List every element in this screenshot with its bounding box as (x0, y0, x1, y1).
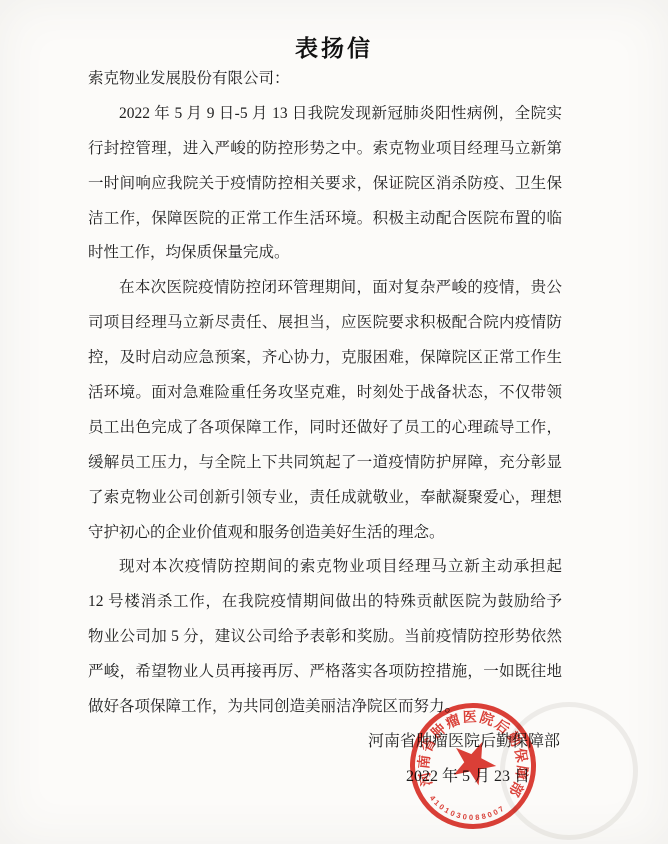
body-line: 员工出色完成了各项保障工作，同时还做好了员工的心理疏导工作， (88, 411, 562, 446)
body-line: 控，及时启动应急预案，齐心协力，克服困难，保障院区正常工作生 (88, 341, 562, 376)
body-line: 司项目经理马立新尽责任、展担当，应医院要求积极配合院内疫情防 (88, 306, 562, 341)
body-line: 一时间响应我院关于疫情防控相关要求，保证院区消杀防疫、卫生保 (88, 167, 562, 202)
letter-title: 表扬信 (0, 30, 668, 63)
scanned-letter-page: 表扬信 索克物业发展股份有限公司： 2022 年 5 月 9 日-5 月 13 … (0, 0, 668, 844)
body-line: 缓解员工压力，与全院上下共同筑起了一道疫情防护屏障，充分彰显 (88, 446, 562, 481)
body-line: 洁工作，保障医院的正常工作生活环境。积极主动配合医院布置的临 (88, 202, 562, 237)
body-line: 时性工作，均保质保量完成。 (88, 236, 562, 271)
salutation: 索克物业发展股份有限公司： (88, 62, 562, 97)
paragraph-2: 在本次医院疫情防控闭环管理期间，面对复杂严峻的疫情，贵公 司项目经理马立新尽责任… (88, 271, 562, 550)
body-line: 在本次医院疫情防控闭环管理期间，面对复杂严峻的疫情，贵公 (88, 271, 562, 306)
body-line: 活环境。面对急难险重任务攻坚克难，时刻处于战备状态，不仅带领 (88, 376, 562, 411)
body-line: 了索克物业公司创新引领专业，责任成就敬业，奉献凝聚爱心，理想 (88, 481, 562, 516)
official-seal-stamp: 河南省肿瘤医院后勤保障部 4101030088007 (394, 687, 552, 844)
letter-body: 索克物业发展股份有限公司： 2022 年 5 月 9 日-5 月 13 日我院发… (88, 62, 562, 795)
body-line: 行封控管理，进入严峻的防控形势之中。索克物业项目经理马立新第 (88, 132, 562, 167)
body-line: 现对本次疫情防控期间的索克物业项目经理马立新主动承担起 (88, 550, 562, 585)
body-line: 2022 年 5 月 9 日-5 月 13 日我院发现新冠肺炎阳性病例，全院实 (88, 97, 562, 132)
seal-graphic: 河南省肿瘤医院后勤保障部 4101030088007 (394, 687, 552, 844)
paragraph-1: 2022 年 5 月 9 日-5 月 13 日我院发现新冠肺炎阳性病例，全院实 … (88, 97, 562, 271)
body-line: 严峻，希望物业人员再接再厉、严格落实各项防控措施，一如既往地 (88, 655, 562, 690)
body-line: 物业公司加 5 分，建议公司给予表彰和奖励。当前疫情防控形势依然 (88, 620, 562, 655)
star-icon (451, 738, 499, 787)
body-line: 守护初心的企业价值观和服务创造美好生活的理念。 (88, 516, 562, 551)
body-line: 12 号楼消杀工作，在我院疫情期间做出的特殊贡献医院为鼓励给予 (88, 585, 562, 620)
